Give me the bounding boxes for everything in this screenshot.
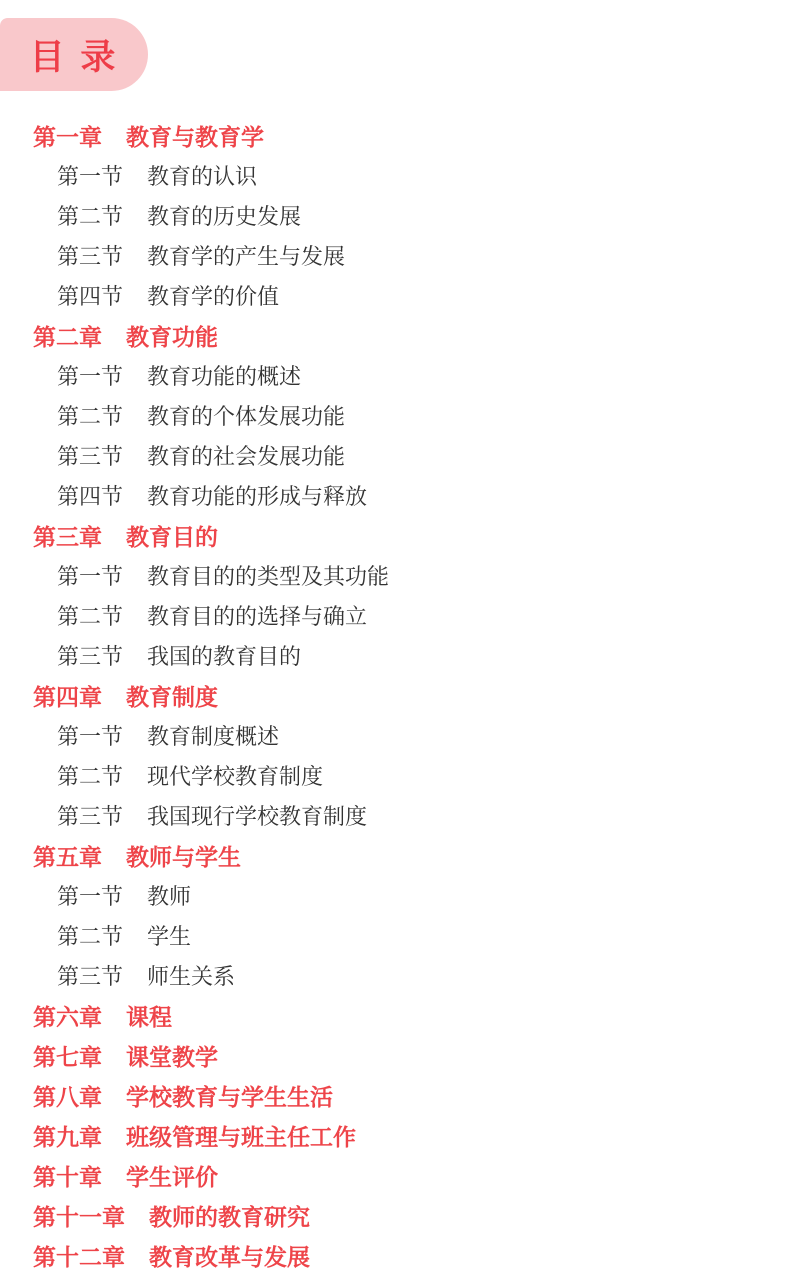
toc-section-row[interactable]: 第二节 教育目的的选择与确立 bbox=[0, 595, 790, 635]
toc-chapter-row[interactable]: 第十二章 教育改革与发展 bbox=[0, 1235, 790, 1275]
section-title: 教育的社会发展功能 bbox=[147, 440, 345, 471]
chapter-number: 第九章 bbox=[33, 1119, 102, 1152]
chapter-title: 教育与教育学 bbox=[126, 119, 264, 152]
toc-section-row[interactable]: 第一节 教育目的的类型及其功能 bbox=[0, 555, 790, 595]
section-number: 第四节 bbox=[57, 480, 123, 511]
section-title: 教育功能的概述 bbox=[147, 360, 301, 391]
toc-chapter-row[interactable]: 第六章 课程 bbox=[0, 995, 790, 1035]
section-title: 教育学的价值 bbox=[147, 280, 279, 311]
toc-section-row[interactable]: 第四节 教育学的价值 bbox=[0, 275, 790, 315]
section-number: 第四节 bbox=[57, 280, 123, 311]
toc-section-row[interactable]: 第三节 我国现行学校教育制度 bbox=[0, 795, 790, 835]
chapter-title: 课堂教学 bbox=[126, 1039, 218, 1072]
toc-header-badge: 目 录 bbox=[0, 18, 148, 91]
chapter-number: 第十一章 bbox=[33, 1199, 125, 1232]
chapter-number: 第三章 bbox=[33, 519, 102, 552]
section-number: 第二节 bbox=[57, 760, 123, 791]
toc-section-row[interactable]: 第二节 教育的历史发展 bbox=[0, 195, 790, 235]
section-number: 第三节 bbox=[57, 640, 123, 671]
chapter-number: 第七章 bbox=[33, 1039, 102, 1072]
section-title: 教育目的的类型及其功能 bbox=[147, 560, 389, 591]
section-title: 教育制度概述 bbox=[147, 720, 279, 751]
chapter-title: 班级管理与班主任工作 bbox=[126, 1119, 356, 1152]
toc-section-row[interactable]: 第三节 师生关系 bbox=[0, 955, 790, 995]
toc-chapter-row[interactable]: 第四章 教育制度 bbox=[0, 675, 790, 715]
chapter-number: 第十章 bbox=[33, 1159, 102, 1192]
toc-section-row[interactable]: 第一节 教育制度概述 bbox=[0, 715, 790, 755]
toc-section-row[interactable]: 第二节 教育的个体发展功能 bbox=[0, 395, 790, 435]
chapter-title: 教师的教育研究 bbox=[149, 1199, 310, 1232]
section-title: 教育目的的选择与确立 bbox=[147, 600, 367, 631]
chapter-title: 学校教育与学生生活 bbox=[126, 1079, 333, 1112]
section-number: 第三节 bbox=[57, 240, 123, 271]
section-title: 我国的教育目的 bbox=[147, 640, 301, 671]
toc-section-row[interactable]: 第三节 我国的教育目的 bbox=[0, 635, 790, 675]
chapter-number: 第一章 bbox=[33, 119, 102, 152]
toc-chapter-row[interactable]: 第十一章 教师的教育研究 bbox=[0, 1195, 790, 1235]
toc-chapter-row[interactable]: 第七章 课堂教学 bbox=[0, 1035, 790, 1075]
section-title: 教师 bbox=[147, 880, 191, 911]
chapter-number: 第六章 bbox=[33, 999, 102, 1032]
section-number: 第二节 bbox=[57, 920, 123, 951]
toc-section-row[interactable]: 第一节 教育的认识 bbox=[0, 155, 790, 195]
chapter-number: 第八章 bbox=[33, 1079, 102, 1112]
toc-chapter-row[interactable]: 第三章 教育目的 bbox=[0, 515, 790, 555]
section-title: 现代学校教育制度 bbox=[147, 760, 323, 791]
section-title: 我国现行学校教育制度 bbox=[147, 800, 367, 831]
toc-section-row[interactable]: 第二节 学生 bbox=[0, 915, 790, 955]
section-title: 教育功能的形成与释放 bbox=[147, 480, 367, 511]
toc-section-row[interactable]: 第一节 教育功能的概述 bbox=[0, 355, 790, 395]
section-number: 第一节 bbox=[57, 360, 123, 391]
section-title: 师生关系 bbox=[147, 960, 235, 991]
chapter-number: 第十二章 bbox=[33, 1239, 125, 1272]
section-title: 学生 bbox=[147, 920, 191, 951]
toc-section-row[interactable]: 第三节 教育学的产生与发展 bbox=[0, 235, 790, 275]
toc-chapter-row[interactable]: 第二章 教育功能 bbox=[0, 315, 790, 355]
section-number: 第一节 bbox=[57, 160, 123, 191]
toc-chapter-row[interactable]: 第五章 教师与学生 bbox=[0, 835, 790, 875]
chapter-number: 第五章 bbox=[33, 839, 102, 872]
chapter-title: 教育改革与发展 bbox=[149, 1239, 310, 1272]
section-title: 教育的历史发展 bbox=[147, 200, 301, 231]
chapter-title: 教育功能 bbox=[126, 319, 218, 352]
toc-chapter-row[interactable]: 第一章 教育与教育学 bbox=[0, 115, 790, 155]
chapter-number: 第二章 bbox=[33, 319, 102, 352]
toc-section-row[interactable]: 第三节 教育的社会发展功能 bbox=[0, 435, 790, 475]
section-title: 教育学的产生与发展 bbox=[147, 240, 345, 271]
section-number: 第三节 bbox=[57, 960, 123, 991]
chapter-title: 教育目的 bbox=[126, 519, 218, 552]
section-title: 教育的个体发展功能 bbox=[147, 400, 345, 431]
section-number: 第二节 bbox=[57, 200, 123, 231]
toc-chapter-row[interactable]: 第十章 学生评价 bbox=[0, 1155, 790, 1195]
section-number: 第一节 bbox=[57, 880, 123, 911]
toc-section-row[interactable]: 第一节 教师 bbox=[0, 875, 790, 915]
chapter-number: 第四章 bbox=[33, 679, 102, 712]
section-number: 第二节 bbox=[57, 600, 123, 631]
toc-section-row[interactable]: 第二节 现代学校教育制度 bbox=[0, 755, 790, 795]
chapter-title: 教师与学生 bbox=[126, 839, 241, 872]
toc-chapter-row[interactable]: 第九章 班级管理与班主任工作 bbox=[0, 1115, 790, 1155]
section-title: 教育的认识 bbox=[147, 160, 257, 191]
section-number: 第三节 bbox=[57, 800, 123, 831]
section-number: 第二节 bbox=[57, 400, 123, 431]
chapter-title: 课程 bbox=[126, 999, 172, 1032]
section-number: 第三节 bbox=[57, 440, 123, 471]
chapter-title: 学生评价 bbox=[126, 1159, 218, 1192]
section-number: 第一节 bbox=[57, 560, 123, 591]
section-number: 第一节 bbox=[57, 720, 123, 751]
table-of-contents: 第一章 教育与教育学 第一节 教育的认识 第二节 教育的历史发展 第三节 教育学… bbox=[0, 115, 790, 1275]
toc-chapter-row[interactable]: 第八章 学校教育与学生生活 bbox=[0, 1075, 790, 1115]
toc-section-row[interactable]: 第四节 教育功能的形成与释放 bbox=[0, 475, 790, 515]
toc-header-title: 目 录 bbox=[30, 30, 119, 80]
chapter-title: 教育制度 bbox=[126, 679, 218, 712]
